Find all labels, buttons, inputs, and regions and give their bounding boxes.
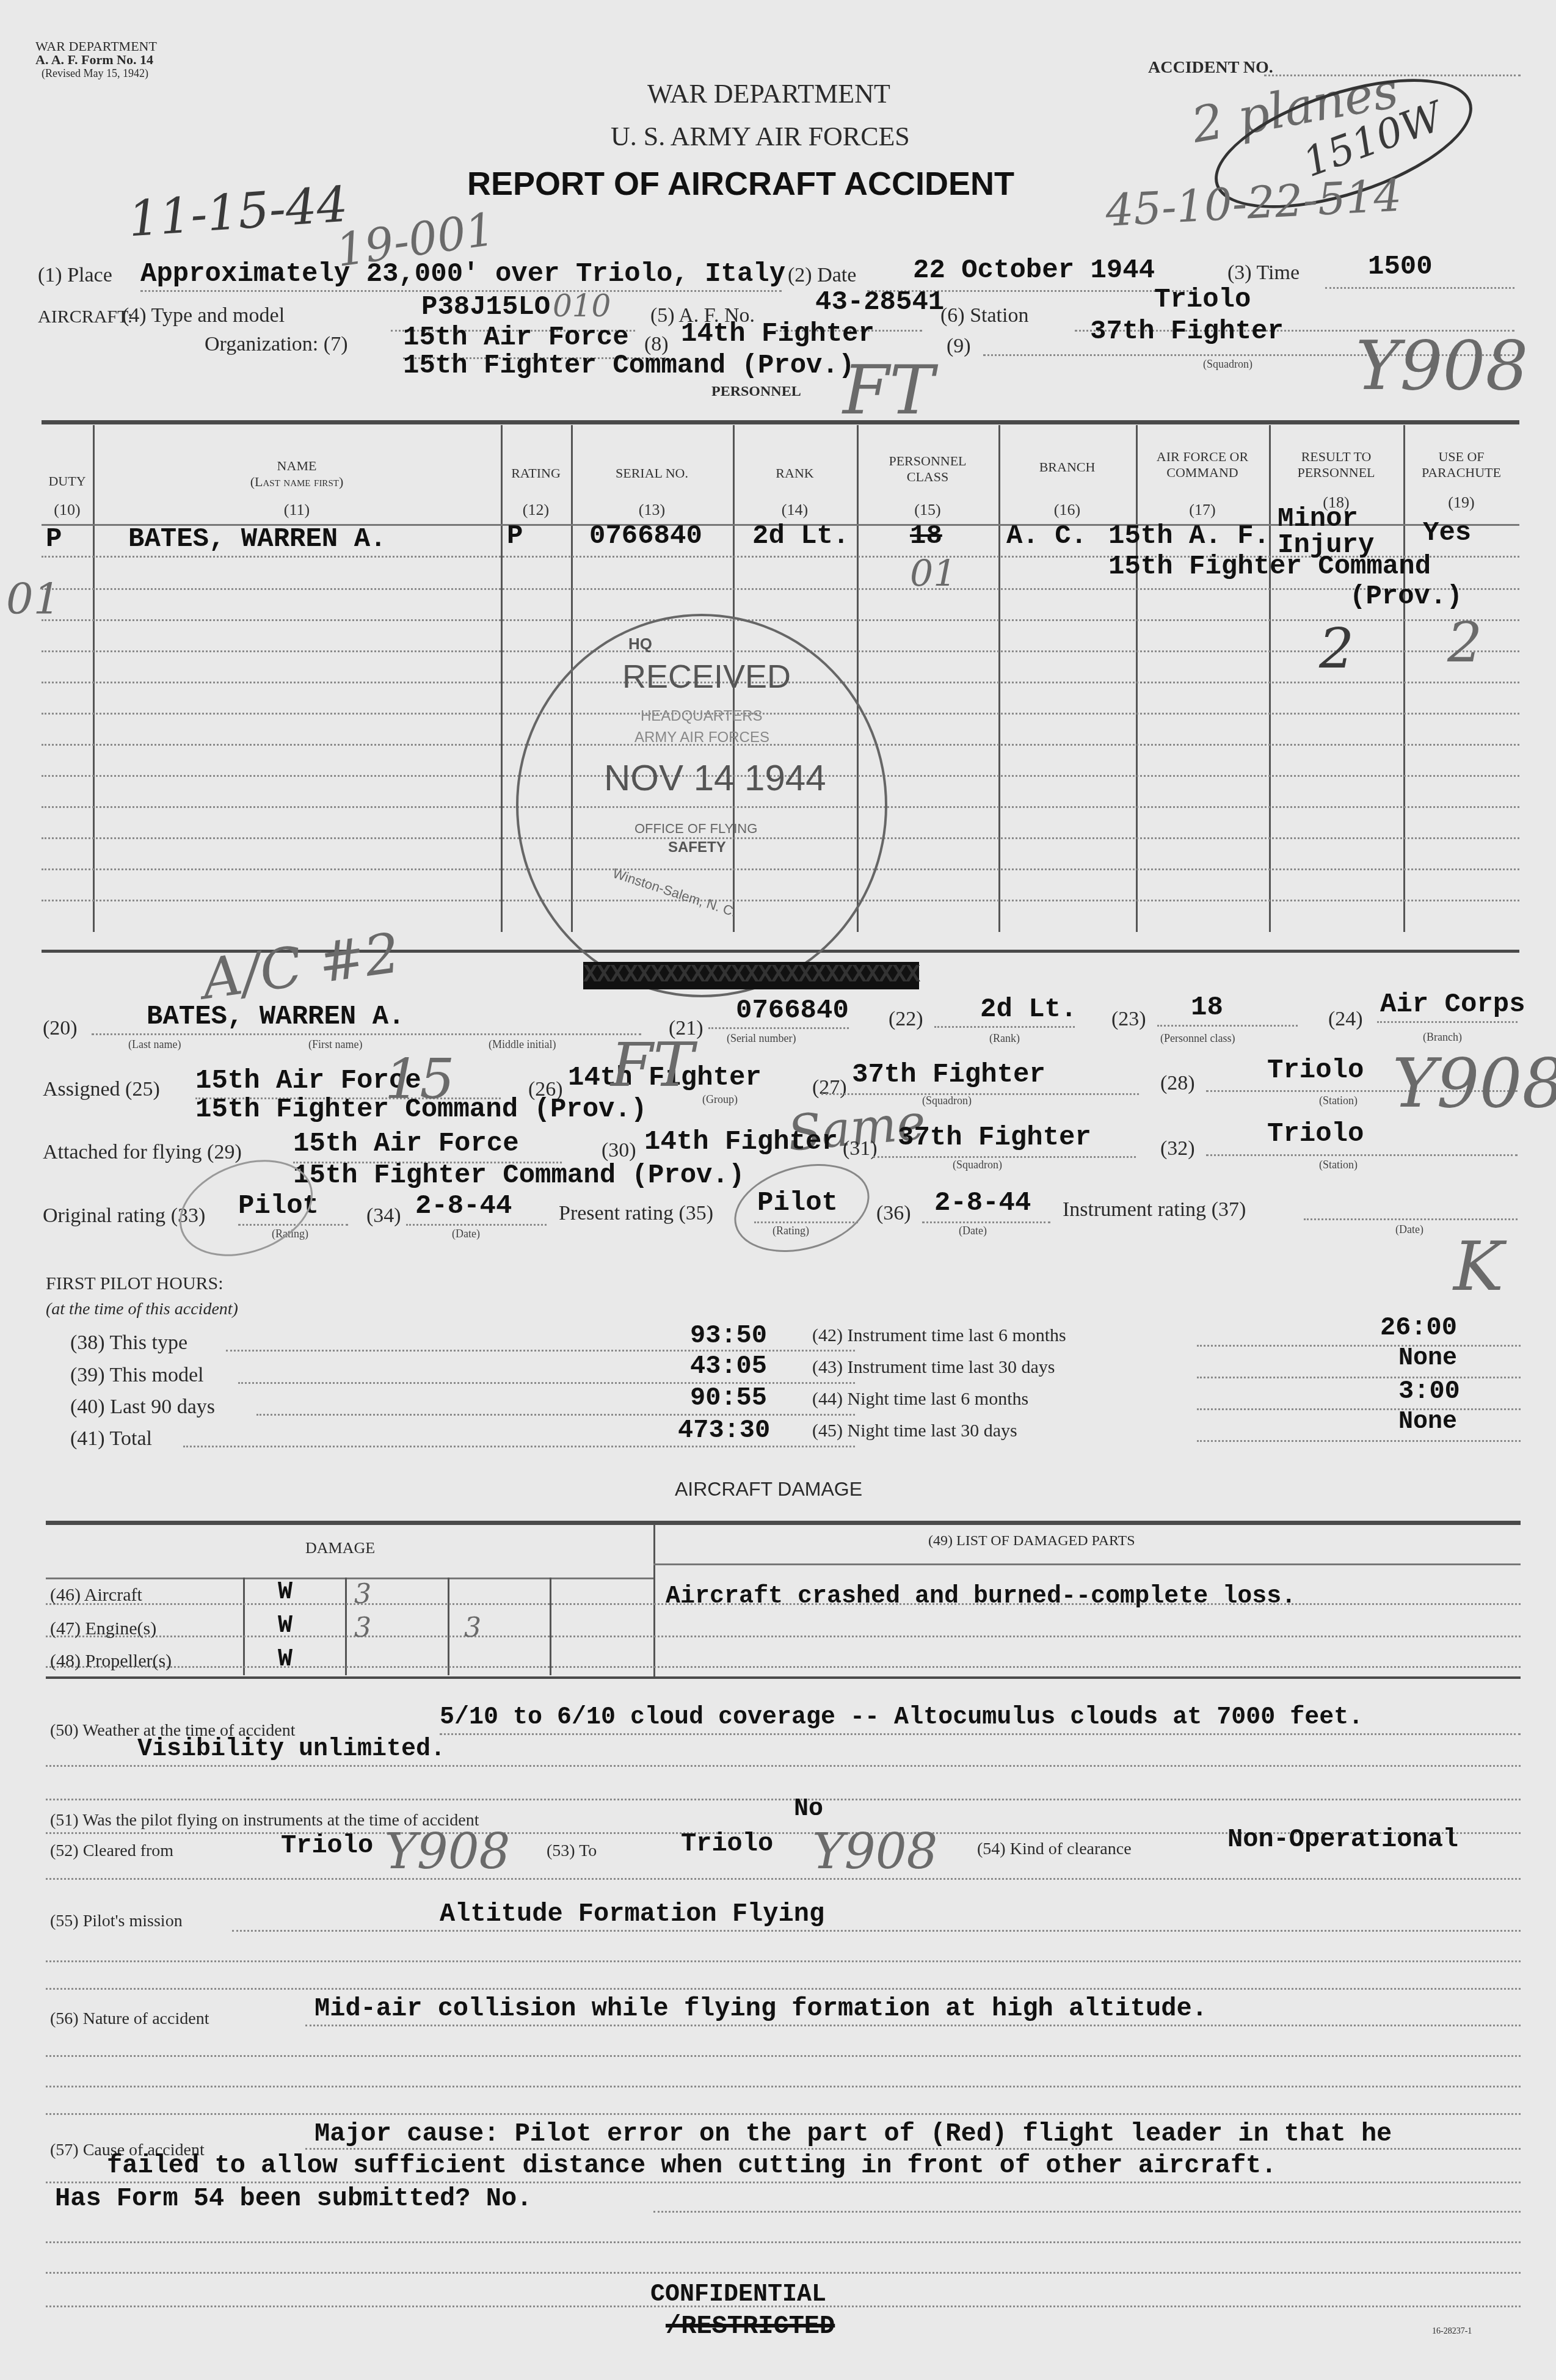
header-line2: U. S. ARMY AIR FORCES bbox=[611, 121, 910, 152]
col-command: AIR FORCE OR COMMAND bbox=[1136, 449, 1269, 481]
row-rank: 2d Lt. bbox=[752, 521, 849, 551]
assigned-label: Assigned (25) bbox=[43, 1078, 160, 1101]
weather-value: 5/10 to 6/10 cloud coverage -- Altocumul… bbox=[440, 1704, 1363, 1731]
night-30-days: None bbox=[1398, 1408, 1457, 1436]
attached-group-value: 14th Fighter bbox=[644, 1127, 838, 1157]
nature-label: (56) Nature of accident bbox=[50, 2009, 209, 2029]
row-command-line3: (Prov.) bbox=[1350, 581, 1463, 612]
organization-label: Organization: (7) bbox=[205, 333, 347, 356]
station-value: Triolo bbox=[1154, 285, 1251, 315]
form-number: A. A. F. Form No. 14 bbox=[35, 53, 157, 67]
accident-no-label: ACCIDENT NO. bbox=[1148, 58, 1273, 78]
handwritten-class-mark: 01 bbox=[910, 553, 956, 595]
cause-value: Major cause: Pilot error on the part of … bbox=[314, 2119, 1392, 2149]
org-squadron-value: 37th Fighter bbox=[1090, 316, 1284, 347]
row-command: 15th A. F. bbox=[1108, 521, 1270, 551]
row-branch: A. C. bbox=[1006, 521, 1087, 551]
col-result: RESULT TO PERSONNEL bbox=[1269, 449, 1403, 481]
pilot-class-value: 18 bbox=[1191, 992, 1223, 1023]
print-code: 16-28237-1 bbox=[1432, 2327, 1472, 2337]
place-value: Approximately 23,000' over Triolo, Italy bbox=[140, 259, 785, 289]
type-model-value: P38J15LO bbox=[421, 292, 550, 322]
personnel-section-title: PERSONNEL bbox=[711, 384, 801, 400]
mission-value: Altitude Formation Flying bbox=[440, 1899, 824, 1929]
hours-subtitle: (at the time of this accident) bbox=[46, 1300, 238, 1319]
cause-value-line2: failed to allow sufficient distance when… bbox=[107, 2151, 1277, 2180]
attached-air-force-value: 15th Air Force bbox=[293, 1129, 519, 1159]
hours-total: 473:30 bbox=[678, 1416, 770, 1445]
col-parachute: USE OF PARACHUTE bbox=[1403, 449, 1519, 481]
pilot-branch-value: Air Corps bbox=[1380, 989, 1525, 1020]
cleared-to-label: (53) To bbox=[547, 1841, 597, 1861]
time-value: 1500 bbox=[1368, 252, 1433, 282]
handwritten-code-top: Y908 bbox=[1356, 327, 1529, 405]
hours-last-90-days: 90:55 bbox=[690, 1383, 767, 1413]
col-class: PERSONNEL CLASS bbox=[857, 453, 998, 485]
classification-confidential: CONFIDENTIAL bbox=[650, 2281, 826, 2309]
handwritten-loop-2 bbox=[724, 1150, 879, 1266]
attached-station-value: Triolo bbox=[1267, 1119, 1364, 1149]
form-id-block: WAR DEPARTMENT A. A. F. Form No. 14 (Rev… bbox=[35, 40, 157, 80]
damaged-parts-head: (49) LIST OF DAMAGED PARTS bbox=[928, 1533, 1135, 1549]
handwritten-code-from: Y908 bbox=[385, 1823, 511, 1880]
handwritten-ft: FT bbox=[843, 351, 934, 429]
handwritten-side-mark: 01 bbox=[6, 574, 60, 624]
hours-this-model: 43:05 bbox=[690, 1352, 767, 1381]
attached-command-value: 15th Fighter Command (Prov.) bbox=[293, 1160, 744, 1191]
original-rating-date: 2-8-44 bbox=[415, 1191, 512, 1221]
handwritten-ft-lower: FT bbox=[611, 1029, 694, 1101]
field-6-label: (6) Station bbox=[940, 304, 1029, 327]
damage-aircraft-code: W bbox=[278, 1579, 293, 1606]
assigned-station-value: Triolo bbox=[1267, 1055, 1364, 1086]
attached-label: Attached for flying (29) bbox=[43, 1141, 242, 1164]
page-title: REPORT OF AIRCRAFT ACCIDENT bbox=[467, 165, 1014, 203]
form-dept: WAR DEPARTMENT bbox=[35, 40, 157, 53]
field-1-label: (1) Place bbox=[38, 264, 112, 287]
hours-this-type: 93:50 bbox=[690, 1321, 767, 1350]
stamp-received: RECEIVED bbox=[622, 658, 791, 696]
org-air-force-value: 15th Air Force bbox=[403, 322, 629, 353]
clearance-kind-label: (54) Kind of clearance bbox=[977, 1840, 1132, 1859]
date-value: 22 October 1944 bbox=[913, 255, 1155, 286]
row-duty: P bbox=[46, 524, 62, 555]
received-stamp: HQ RECEIVED HEADQUARTERS ARMY AIR FORCES… bbox=[516, 614, 887, 997]
night-6-months: 3:00 bbox=[1398, 1377, 1460, 1406]
af-number-value: 43-28541 bbox=[815, 287, 944, 318]
col-duty: DUTY bbox=[42, 473, 93, 489]
field-4-label: (4) Type and model bbox=[122, 304, 285, 327]
pilot-name-value: BATES, WARREN A. bbox=[147, 1002, 404, 1032]
hours-title: FIRST PILOT HOURS: bbox=[46, 1273, 224, 1294]
instrument-rating-label: Instrument rating (37) bbox=[1063, 1198, 1246, 1221]
col-rating: RATING bbox=[501, 465, 571, 481]
redacted-text: XXXXXXXXXXXXXXXXXXXXXXXXX bbox=[583, 962, 919, 989]
row-class: 18 bbox=[910, 521, 942, 551]
present-rating-date: 2-8-44 bbox=[934, 1188, 1031, 1218]
handwritten-received-date: 11-15-44 bbox=[126, 176, 349, 248]
cleared-from-label: (52) Cleared from bbox=[50, 1841, 173, 1861]
cleared-to-value: Triolo bbox=[681, 1829, 773, 1858]
field-2-label: (2) Date bbox=[788, 264, 856, 287]
org-group-value: 14th Fighter bbox=[681, 319, 874, 349]
pilot-serial-value: 0766840 bbox=[736, 995, 849, 1026]
org-command-value: 15th Fighter Command (Prov.) bbox=[403, 351, 854, 381]
row-result-line2: Injury bbox=[1278, 530, 1374, 561]
instruments-value: No bbox=[794, 1796, 823, 1823]
field-8-num: (8) bbox=[644, 333, 669, 356]
field-3-label: (3) Time bbox=[1227, 261, 1300, 285]
col-rank: RANK bbox=[733, 465, 857, 481]
nature-value: Mid-air collision while flying formation… bbox=[314, 1994, 1207, 2023]
form-revised: (Revised May 15, 1942) bbox=[35, 67, 157, 80]
damage-propeller-code: W bbox=[278, 1646, 293, 1673]
handwritten-k: K bbox=[1453, 1228, 1503, 1306]
row-parachute: Yes bbox=[1423, 518, 1471, 548]
handwritten-code-mid: Y908 bbox=[1392, 1044, 1556, 1123]
row-command-line2: 15th Fighter Command bbox=[1108, 551, 1431, 582]
clearance-kind-value: Non-Operational bbox=[1227, 1825, 1458, 1854]
classification-restricted-struck: /RESTRICTED bbox=[666, 2312, 835, 2341]
cleared-from-value: Triolo bbox=[281, 1831, 373, 1860]
weather-value-line2: Visibility unlimited. bbox=[137, 1736, 445, 1763]
present-rating-label: Present rating (35) bbox=[559, 1202, 713, 1225]
mission-label: (55) Pilot's mission bbox=[50, 1912, 183, 1931]
handwritten-15: 15 bbox=[385, 1047, 455, 1112]
row-serial: 0766840 bbox=[589, 521, 702, 551]
handwritten-aircraft-number: A/C #2 bbox=[198, 921, 404, 1012]
row-name: BATES, WARREN A. bbox=[128, 524, 386, 555]
aircraft-label: AIRCRAFT: bbox=[38, 307, 133, 327]
col-name: NAME (Last name first) bbox=[93, 458, 501, 490]
handwritten-code-to: Y908 bbox=[812, 1823, 938, 1880]
aircraft-damage-title: AIRCRAFT DAMAGE bbox=[675, 1478, 862, 1501]
header-line1: WAR DEPARTMENT bbox=[647, 78, 890, 109]
attached-squadron-value: 37th Fighter bbox=[898, 1123, 1091, 1153]
stamp-date: NOV 14 1944 bbox=[604, 757, 826, 799]
instrument-6-months: 26:00 bbox=[1380, 1313, 1457, 1342]
field-9-num: (9) bbox=[947, 335, 971, 358]
squadron-caption: (Squadron) bbox=[1203, 358, 1252, 371]
handwritten-mark-1: 2 bbox=[1319, 617, 1354, 681]
instrument-30-days: None bbox=[1398, 1345, 1457, 1372]
handwritten-reference: 45-10-22-514 bbox=[1104, 169, 1403, 236]
assigned-squadron-value: 37th Fighter bbox=[852, 1060, 1045, 1090]
col-branch: BRANCH bbox=[998, 459, 1136, 475]
damaged-parts-text: Aircraft crashed and burned--complete lo… bbox=[666, 1583, 1296, 1610]
damage-head: DAMAGE bbox=[305, 1539, 375, 1557]
personnel-table-top-rule bbox=[42, 420, 1519, 424]
damage-engine-code: W bbox=[278, 1612, 293, 1640]
handwritten-model-suffix: 010 bbox=[553, 288, 611, 324]
pilot-rank-value: 2d Lt. bbox=[980, 994, 1077, 1025]
form-54-question: Has Form 54 been submitted? No. bbox=[55, 2184, 532, 2213]
row-rating: P bbox=[507, 521, 523, 551]
col-serial: SERIAL NO. bbox=[571, 465, 733, 481]
handwritten-mark-2: 2 bbox=[1447, 611, 1482, 675]
